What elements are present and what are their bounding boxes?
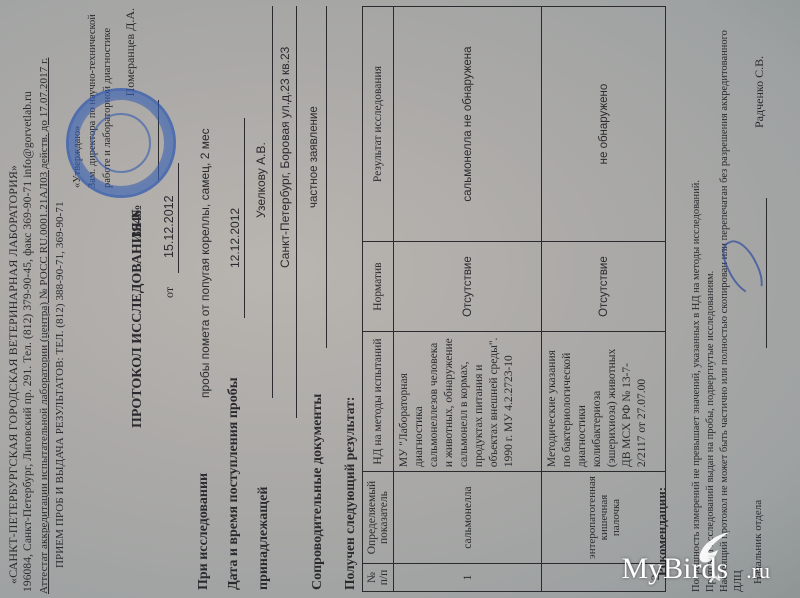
protocol-date-prefix: от: [162, 287, 177, 298]
cell-result: сальмонелла не обнаружена: [394, 7, 542, 242]
field-label-owner: принадлежащей: [256, 487, 272, 590]
cell-norm: Отсутствие: [394, 242, 542, 332]
field-value-documents: частное заявление: [308, 106, 320, 208]
results-heading: Получен следующий результат:: [342, 397, 358, 590]
table-row: 2 энтеропатогенная кишечная палочка Мето…: [542, 7, 666, 592]
head-signature-line: [766, 198, 767, 348]
field-label-documents: Сопроводительные документы: [310, 394, 326, 590]
footer-note-3: Настоящий протокол не может быть частичн…: [718, 0, 732, 592]
field-value-address: Санкт-Петербург, Боровая ул.д.23 кв.23: [278, 47, 292, 268]
protocol-date-line: [178, 163, 179, 273]
col-header-num: № п/п: [363, 564, 394, 592]
received-line: [244, 118, 245, 318]
results-table: № п/п Определяемый показатель НД на мето…: [362, 6, 666, 592]
cell-indicator: сальмонелла: [394, 472, 542, 564]
watermark-tld: .ru: [746, 558, 770, 583]
table-row: 1 сальмонелла МУ "Лабораторная диагности…: [394, 7, 542, 592]
reception-line: ПРИЕМ ПРОБ И ВЫДАЧА РЕЗУЛЬТАТОВ: ТЕЛ. (8…: [54, 0, 66, 568]
watermark-brand: MyBirds: [621, 552, 728, 585]
protocol-title: ПРОТОКОЛ ИССЛЕДОВАНИЯ №: [130, 205, 146, 428]
col-header-method: НД на методы испытаний: [363, 332, 394, 472]
col-header-norm: Норматив: [363, 242, 394, 332]
footer-notes: Погрешность измерений не превышает значе…: [690, 0, 746, 592]
field-label-sample: При исследовании: [196, 473, 212, 590]
cell-indicator: энтеропатогенная кишечная палочка: [542, 472, 666, 564]
document-page: «САНКТ-ПЕТЕРБУРГСКАЯ ГОРОДСКАЯ ВЕТЕРИНАР…: [0, 0, 800, 598]
head-name: Радченко С.В.: [752, 56, 767, 128]
field-value-received: 12.12.2012: [228, 208, 242, 268]
field-value-owner: Узелкову А.В.: [254, 142, 268, 218]
accreditation-line: Аттестат аккредитации испытательной лабо…: [38, 0, 50, 594]
cell-method: Методические указания по бактериологичес…: [542, 332, 666, 472]
stamp-icon: [66, 88, 176, 198]
cell-result: не обнаружено: [542, 7, 666, 242]
watermark: MyBirds.ru: [621, 552, 770, 586]
table-header-row: № п/п Определяемый показатель НД на мето…: [363, 7, 394, 592]
owner-line: [272, 6, 273, 398]
stamp-inner-ring: [91, 113, 151, 173]
address-line: [296, 6, 297, 418]
col-header-result: Результат исследования: [363, 7, 394, 242]
field-value-sample: пробы помета от попугая кореллы, самец, …: [198, 128, 212, 398]
cell-norm: Отсутствие: [542, 242, 666, 332]
protocol-number: 3646: [130, 210, 146, 238]
footer-note-2: Протокол исследований выдан на пробы, по…: [704, 0, 718, 592]
org-address: 196084, Санкт-Петербург, Лиговский пр. 2…: [22, 0, 34, 592]
field-label-received: Дата и время поступления пробы: [226, 377, 242, 590]
org-name: «САНКТ-ПЕТЕРБУРГСКАЯ ГОРОДСКАЯ ВЕТЕРИНАР…: [6, 0, 21, 584]
protocol-date: 15.12.2012: [162, 195, 176, 258]
cell-num: 1: [394, 564, 542, 592]
footer-note-4: ДЛЦ: [732, 0, 746, 592]
footer-note-1: Погрешность измерений не превышает значе…: [690, 0, 704, 592]
documents-line: [326, 6, 327, 348]
col-header-indicator: Определяемый показатель: [363, 472, 394, 564]
cell-method: МУ "Лабораторная диагностика сальмонелле…: [394, 332, 542, 472]
